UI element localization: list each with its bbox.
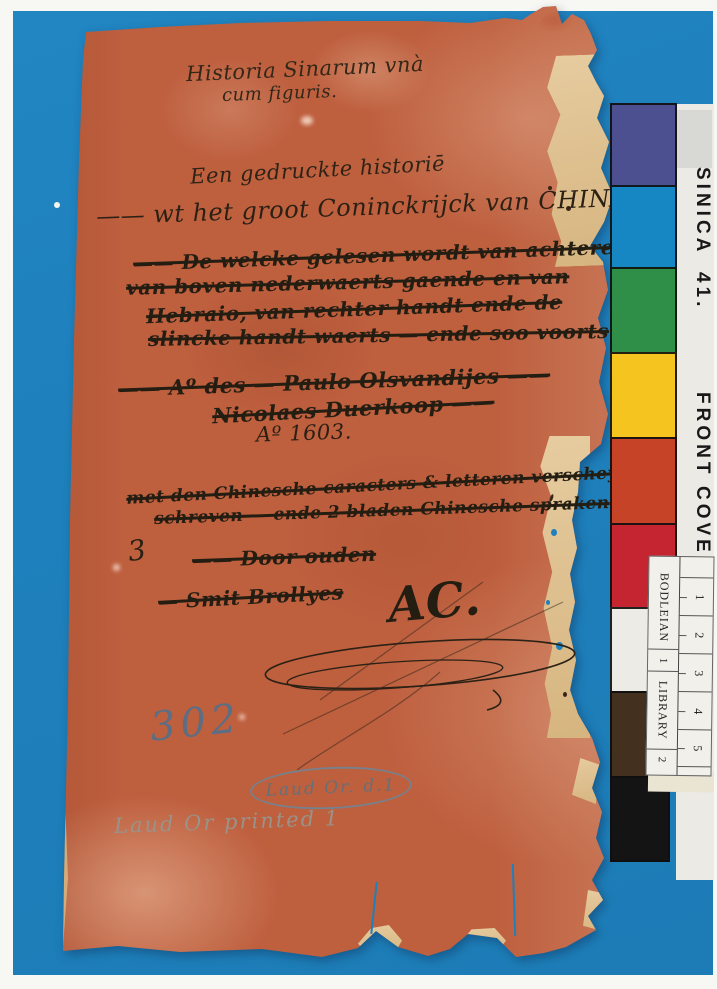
scale-number-2: 2 bbox=[691, 632, 706, 638]
tear-hole-3 bbox=[546, 600, 550, 605]
date-line: Aº 1603. bbox=[256, 419, 353, 446]
patch-yellow bbox=[610, 352, 677, 439]
marker-label-sinica: SINICA bbox=[679, 167, 713, 255]
scale-cm-5: 5 bbox=[678, 729, 712, 767]
tear-bottom-corner bbox=[583, 890, 608, 932]
tear-left-edge bbox=[59, 28, 68, 952]
ruler-card-name-column: BODLEIAN 1 LIBRARY 2 bbox=[646, 557, 680, 775]
tear-bottom-1 bbox=[358, 925, 402, 956]
marker-label-41: 41. bbox=[679, 272, 713, 310]
tear-bottom-2 bbox=[460, 928, 506, 956]
crack-2 bbox=[512, 864, 517, 936]
ruler-scale-column: 1 2 3 4 5 bbox=[677, 557, 713, 775]
title-line-2: cum figuris. bbox=[222, 81, 338, 106]
ruler-card-num-1: 1 bbox=[648, 649, 678, 671]
pale-fleck-1 bbox=[113, 564, 120, 571]
photo-frame: Historia Sinarum vnà cum figuris. Een ge… bbox=[0, 0, 717, 989]
scale-number-5: 5 bbox=[690, 745, 705, 751]
white-fleck-on-blue bbox=[54, 202, 60, 208]
ruler-card-num-2: 2 bbox=[647, 749, 677, 769]
ruler-card-word-bodleian: BODLEIAN bbox=[648, 567, 679, 649]
scale-number-1: 1 bbox=[692, 594, 707, 600]
accession-number: 302 bbox=[148, 695, 244, 750]
patch-blue bbox=[610, 185, 677, 269]
pen-flourish bbox=[225, 612, 595, 787]
crack-1 bbox=[370, 882, 377, 934]
bodleian-ruler-card: BODLEIAN 1 LIBRARY 2 1 2 3 4 5 bbox=[645, 556, 714, 777]
scale-number-3: 3 bbox=[691, 670, 706, 676]
pale-fleck-2 bbox=[301, 116, 313, 125]
patch-indigo bbox=[610, 103, 677, 187]
patch-green bbox=[610, 267, 677, 354]
scale-number-4: 4 bbox=[690, 708, 705, 714]
tear-hole-1 bbox=[551, 529, 557, 536]
patch-brown bbox=[610, 691, 648, 778]
shelfmark-oval-text: Laud Or. d.1 bbox=[265, 775, 397, 801]
scale-cm-4: 4 bbox=[678, 691, 712, 729]
scale-cm-2: 2 bbox=[679, 615, 713, 653]
patch-vermilion bbox=[610, 437, 677, 525]
ruler-card-word-library: LIBRARY bbox=[647, 671, 678, 749]
scale-cm-1: 1 bbox=[680, 577, 714, 615]
scale-cm-3: 3 bbox=[679, 653, 713, 691]
marker-label-front: FRONT bbox=[679, 392, 713, 477]
backing-grey-patch bbox=[676, 110, 712, 168]
